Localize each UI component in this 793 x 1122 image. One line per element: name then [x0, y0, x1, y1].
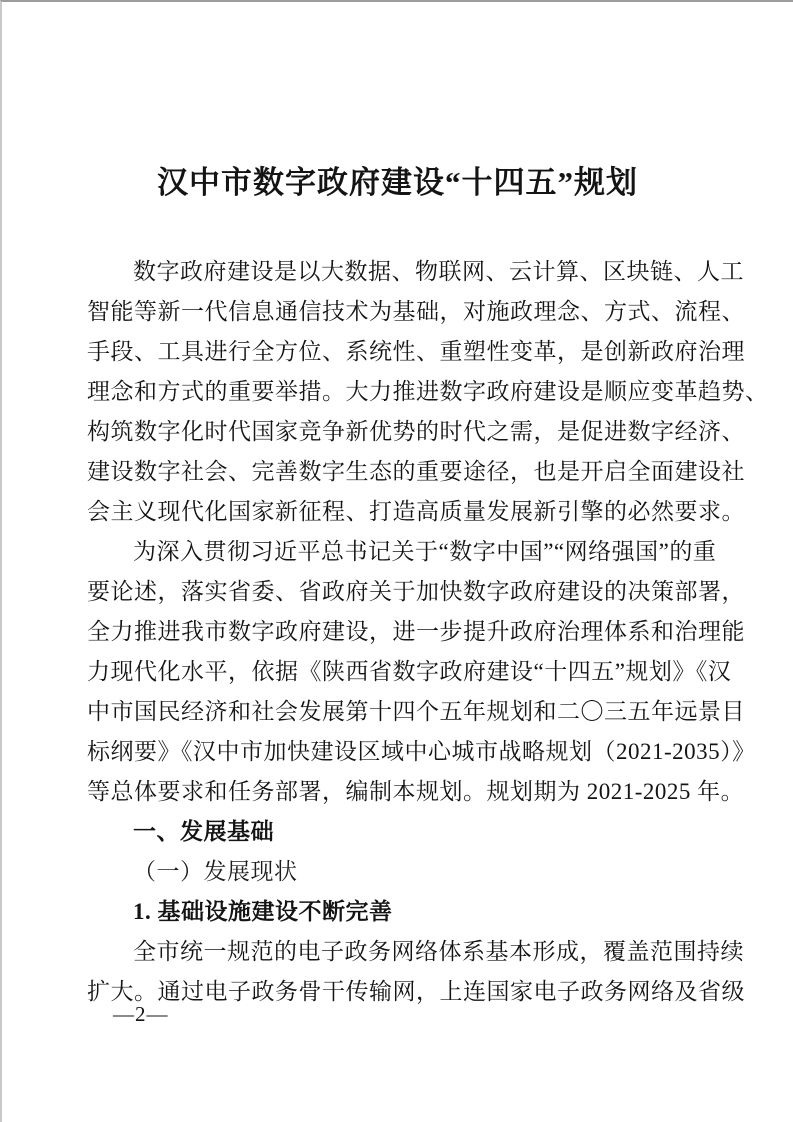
document-title: 汉中市数字政府建设“十四五”规划	[2, 160, 793, 206]
body-line: 等总体要求和任务部署，编制本规划。规划期为 2021-2025 年。	[87, 772, 699, 812]
paragraph-2: 为深入贯彻习近平总书记关于“数字中国”“网络强国”的重 要论述，落实省委、省政府…	[87, 532, 699, 812]
section-heading-level-3: 1. 基础设施建设不断完善	[87, 892, 699, 932]
body-line: 手段、工具进行全方位、系统性、重塑性变革，是创新政府治理	[87, 332, 699, 372]
body-line: 全市统一规范的电子政务网络体系基本形成，覆盖范围持续	[87, 932, 699, 972]
body-line: 构筑数字化时代国家竞争新优势的时代之需，是促进数字经济、	[87, 412, 699, 452]
body-line: 扩大。通过电子政务骨干传输网，上连国家电子政务网络及省级	[87, 972, 699, 1012]
body-line: 要论述，落实省委、省政府关于加快数字政府建设的决策部署，	[87, 572, 699, 612]
section-heading-level-2: （一）发展现状	[87, 852, 699, 892]
body-line: 建设数字社会、完善数字生态的重要途径，也是开启全面建设社	[87, 452, 699, 492]
body-line: 中市国民经济和社会发展第十四个五年规划和二〇三五年远景目	[87, 692, 699, 732]
paragraph-3: 全市统一规范的电子政务网络体系基本形成，覆盖范围持续 扩大。通过电子政务骨干传输…	[87, 932, 699, 1012]
body-line: 数字政府建设是以大数据、物联网、云计算、区块链、人工	[87, 252, 699, 292]
body-line: 力现代化水平，依据《陕西省数字政府建设“十四五”规划》《汉	[87, 652, 699, 692]
body-line: 全力推进我市数字政府建设，进一步提升政府治理体系和治理能	[87, 612, 699, 652]
body-line: 理念和方式的重要举措。大力推进数字政府建设是顺应变革趋势、	[87, 372, 699, 412]
document-page: 汉中市数字政府建设“十四五”规划 数字政府建设是以大数据、物联网、云计算、区块链…	[0, 0, 793, 1122]
body-line: 为深入贯彻习近平总书记关于“数字中国”“网络强国”的重	[87, 532, 699, 572]
section-heading-level-1: 一、发展基础	[87, 812, 699, 852]
body-line: 标纲要》《汉中市加快建设区域中心城市战略规划（2021-2035）》	[87, 732, 699, 772]
page-number: —2—	[113, 1002, 169, 1027]
body-line: 会主义现代化国家新征程、打造高质量发展新引擎的必然要求。	[87, 492, 699, 532]
paragraph-1: 数字政府建设是以大数据、物联网、云计算、区块链、人工 智能等新一代信息通信技术为…	[87, 252, 699, 532]
body-line: 智能等新一代信息通信技术为基础，对施政理念、方式、流程、	[87, 292, 699, 332]
document-body: 数字政府建设是以大数据、物联网、云计算、区块链、人工 智能等新一代信息通信技术为…	[87, 252, 699, 1012]
